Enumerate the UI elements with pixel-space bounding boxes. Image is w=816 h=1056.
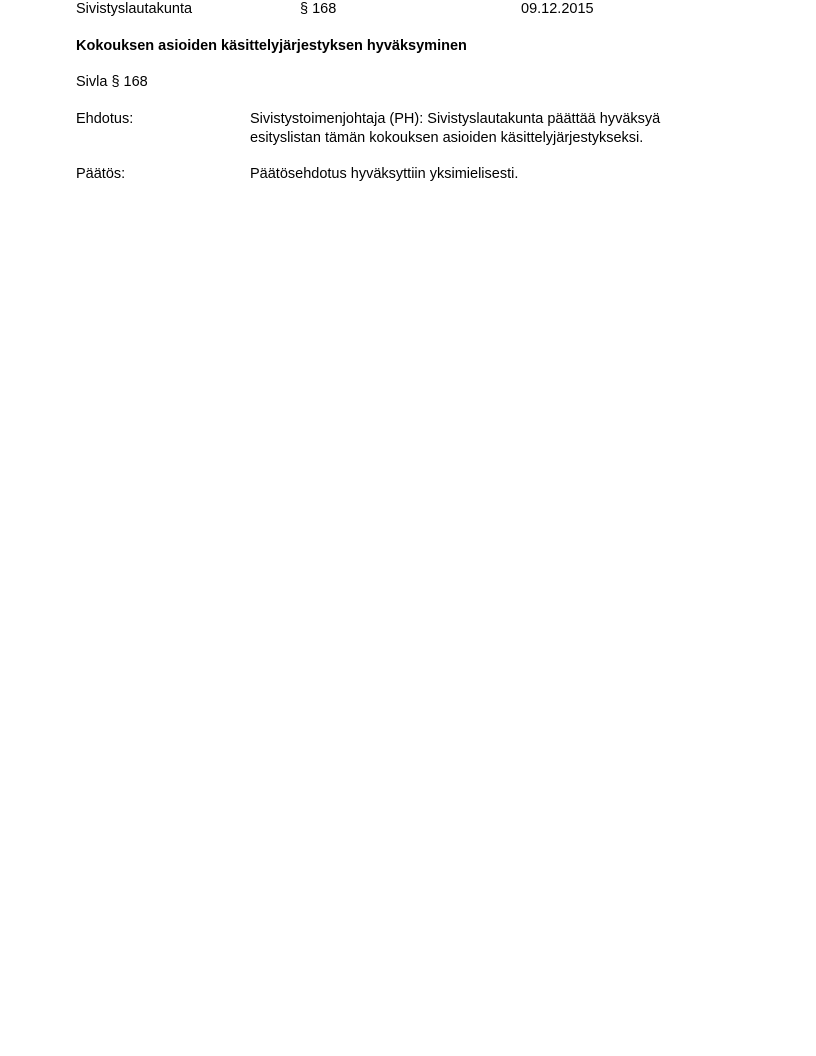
header-section-number: § 168 <box>300 0 336 18</box>
document-title: Kokouksen asioiden käsittelyjärjestyksen… <box>76 37 467 55</box>
header-organization: Sivistyslautakunta <box>76 0 192 18</box>
section-reference: Sivla § 168 <box>76 73 148 91</box>
decision-text: Päätösehdotus hyväksyttiin yksimielisest… <box>250 165 518 183</box>
proposal-text: Sivistystoimenjohtaja (PH): Sivistyslaut… <box>250 110 730 148</box>
header-date: 09.12.2015 <box>521 0 594 18</box>
decision-label: Päätös: <box>76 165 125 183</box>
proposal-label: Ehdotus: <box>76 110 133 128</box>
